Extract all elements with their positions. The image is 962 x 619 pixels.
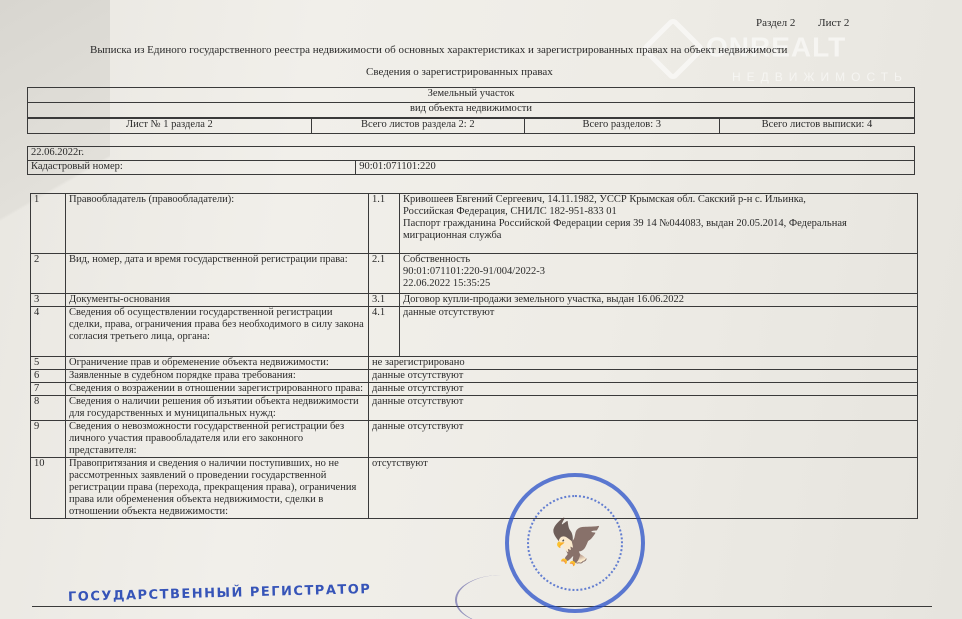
watermark-sub: НЕДВИЖИМОСТЬ bbox=[732, 70, 908, 84]
holder-line: Паспорт гражданина Российской Федерации … bbox=[403, 218, 914, 230]
row-number: 5 bbox=[31, 357, 66, 370]
row-label: Сведения об осуществлении государственно… bbox=[66, 307, 369, 357]
table-row: 6 Заявленные в судебном порядке права тр… bbox=[31, 370, 918, 383]
object-type: Земельный участок bbox=[28, 88, 915, 103]
table-row: 2 Вид, номер, дата и время государственн… bbox=[31, 254, 918, 294]
sections-total: Всего разделов: 3 bbox=[524, 119, 719, 134]
row-number: 7 bbox=[31, 383, 66, 396]
row-label: Сведения о невозможности государственной… bbox=[66, 421, 369, 458]
row-label: Ограничение прав и обременение объекта н… bbox=[66, 357, 369, 370]
table-row: 4 Сведения об осуществлении государствен… bbox=[31, 307, 918, 357]
row-label: Сведения о наличии решения об изъятии об… bbox=[66, 396, 369, 421]
document-title: Выписка из Единого государственного реес… bbox=[90, 44, 787, 56]
row-label: Правообладатель (правообладатели): bbox=[66, 194, 369, 254]
row-label: Документы-основания bbox=[66, 294, 369, 307]
document-subtitle: Сведения о зарегистрированных правах bbox=[366, 66, 553, 78]
table-row: 8 Сведения о наличии решения об изъятии … bbox=[31, 396, 918, 421]
row-number: 6 bbox=[31, 370, 66, 383]
row-value: не зарегистрировано bbox=[369, 357, 918, 370]
cadastral-number: 90:01:071101:220 bbox=[356, 161, 915, 175]
holder-line: Российская Федерация, СНИЛС 182-951-833 … bbox=[403, 206, 914, 218]
row-label: Сведения о возражении в отношении зареги… bbox=[66, 383, 369, 396]
holder-line: миграционная служба bbox=[403, 230, 914, 242]
extract-sheets-total: Всего листов выписки: 4 bbox=[719, 119, 914, 134]
row-number: 2 bbox=[31, 254, 66, 294]
object-type-caption: вид объекта недвижимости bbox=[28, 103, 915, 118]
registration-number: 90:01:071101:220-91/004/2022-3 bbox=[403, 266, 914, 278]
row-label: Заявленные в судебном порядке права треб… bbox=[66, 370, 369, 383]
row-subnumber: 1.1 bbox=[369, 194, 400, 254]
row-value: данные отсутствуют bbox=[369, 383, 918, 396]
table-row: 10 Правопритязания и сведения о наличии … bbox=[31, 458, 918, 519]
row-label: Правопритязания и сведения о наличии пос… bbox=[66, 458, 369, 519]
cadastral-table: 22.06.2022г. Кадастровый номер: 90:01:07… bbox=[27, 146, 915, 175]
table-row: 3 Документы-основания 3.1 Договор купли-… bbox=[31, 294, 918, 307]
cadastral-label: Кадастровый номер: bbox=[28, 161, 356, 175]
registration-datetime: 22.06.2022 15:35:25 bbox=[403, 278, 914, 290]
row-value: данные отсутствуют bbox=[369, 370, 918, 383]
row-subnumber: 3.1 bbox=[369, 294, 400, 307]
holder-line: Кривошеев Евгений Сергеевич, 14.11.1982,… bbox=[403, 194, 914, 206]
row-value: Собственность 90:01:071101:220-91/004/20… bbox=[400, 254, 918, 294]
row-subnumber: 4.1 bbox=[369, 307, 400, 357]
row-number: 3 bbox=[31, 294, 66, 307]
row-value: Договор купли-продажи земельного участка… bbox=[400, 294, 918, 307]
registrar-stamp: ГОСУДАРСТВЕННЫЙ РЕГИСТРАТОР bbox=[68, 582, 372, 605]
rights-table: 1 Правообладатель (правообладатели): 1.1… bbox=[30, 193, 918, 519]
extract-date: 22.06.2022г. bbox=[28, 147, 915, 161]
right-type: Собственность bbox=[403, 254, 914, 266]
row-value: Кривошеев Евгений Сергеевич, 14.11.1982,… bbox=[400, 194, 918, 254]
sheet-number: Лист № 1 раздела 2 bbox=[28, 119, 312, 134]
object-type-table: Земельный участок вид объекта недвижимос… bbox=[27, 87, 915, 118]
sheet-info-table: Лист № 1 раздела 2 Всего листов раздела … bbox=[27, 118, 915, 134]
row-label: Вид, номер, дата и время государственной… bbox=[66, 254, 369, 294]
row-number: 4 bbox=[31, 307, 66, 357]
row-number: 1 bbox=[31, 194, 66, 254]
row-value: данные отсутствуют bbox=[369, 396, 918, 421]
section-sheets-total: Всего листов раздела 2: 2 bbox=[311, 119, 524, 134]
table-row: 9 Сведения о невозможности государственн… bbox=[31, 421, 918, 458]
table-row: 7 Сведения о возражении в отношении заре… bbox=[31, 383, 918, 396]
row-value: данные отсутствуют bbox=[400, 307, 918, 357]
section-label: Раздел 2 bbox=[756, 17, 795, 29]
coat-of-arms-icon: 🦅 bbox=[549, 513, 601, 573]
row-value: данные отсутствуют bbox=[369, 421, 918, 458]
table-row: 5 Ограничение прав и обременение объекта… bbox=[31, 357, 918, 370]
page-indicator: Раздел 2 Лист 2 bbox=[756, 17, 869, 29]
sheet-label: Лист 2 bbox=[818, 17, 849, 29]
row-number: 8 bbox=[31, 396, 66, 421]
table-row: 1 Правообладатель (правообладатели): 1.1… bbox=[31, 194, 918, 254]
row-number: 9 bbox=[31, 421, 66, 458]
row-value: отсутствуют bbox=[369, 458, 918, 519]
row-subnumber: 2.1 bbox=[369, 254, 400, 294]
row-number: 10 bbox=[31, 458, 66, 519]
official-seal: 🦅 bbox=[505, 473, 645, 613]
